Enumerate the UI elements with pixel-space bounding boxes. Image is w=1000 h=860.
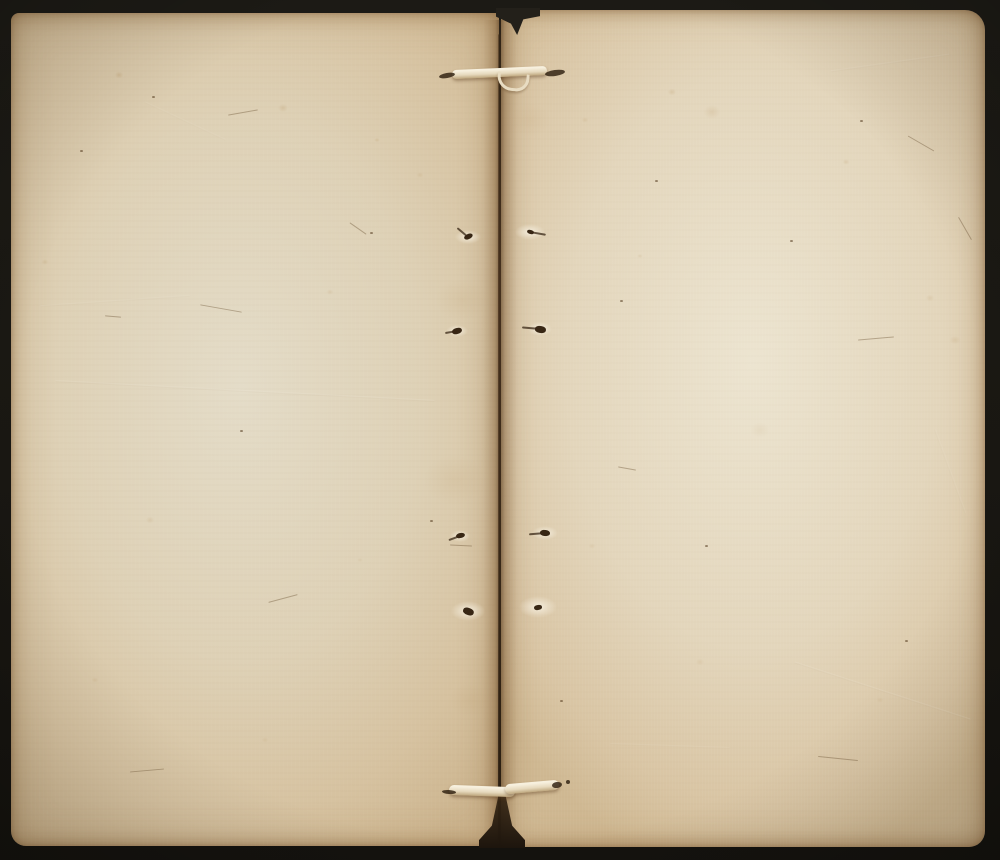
paper-speck [560, 700, 563, 702]
fox-spot [666, 87, 678, 97]
paper-speck [370, 232, 373, 234]
fox-spot [40, 258, 50, 266]
fox-spot [260, 736, 270, 744]
fox-spot [875, 696, 885, 704]
fox-spot [90, 676, 100, 684]
paper-speck [152, 96, 155, 98]
fox-spot [580, 116, 590, 124]
fox-spot [924, 293, 936, 303]
fox-spot [325, 288, 335, 296]
gutter-crease-line [498, 34, 501, 840]
paper-speck [860, 120, 863, 122]
paper-speck [705, 545, 708, 547]
fox-spot [694, 657, 706, 667]
fox-spot [415, 171, 425, 179]
paper-speck [790, 240, 793, 242]
right-page [501, 10, 985, 847]
fox-spot [700, 102, 724, 121]
fox-spot [410, 444, 500, 516]
fox-spot [424, 270, 500, 331]
paper-speck [80, 150, 83, 152]
fox-spot [276, 102, 290, 113]
thread-slit [566, 780, 570, 784]
paper-speck [430, 520, 433, 522]
paper-speck [620, 300, 623, 302]
book-spread-photo [0, 0, 1000, 860]
fox-spot [500, 96, 560, 144]
paper-speck [240, 430, 243, 432]
fox-spot [113, 70, 125, 80]
fox-spot [144, 515, 156, 525]
paper-speck [655, 180, 658, 182]
fox-spot [440, 676, 500, 724]
left-page [11, 13, 499, 846]
fox-spot [841, 158, 851, 166]
fox-spot [587, 542, 597, 550]
paper-speck [905, 640, 908, 642]
fox-spot [746, 419, 774, 441]
